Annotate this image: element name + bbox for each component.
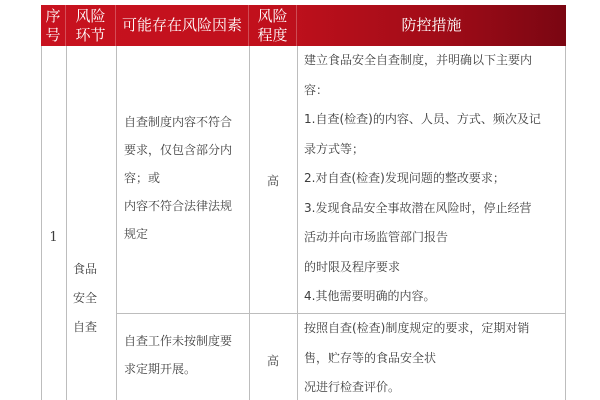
table-row-2-risk-factor: 自查工作未按制度要 求定期开展。 <box>116 327 249 383</box>
header-measures: 防控措施 <box>297 5 566 46</box>
table-row-2-measures: 按照自查(检查)制度规定的要求，定期对销 售，贮存等的食品安全状 况进行检查评价… <box>297 314 566 400</box>
header-risk-factor: 可能存在风险因素 <box>116 5 249 46</box>
table-row-1-risk-factor: 自查制度内容不符合 要求，仅包含部分内 容；或 内容不符合法律法规 规定 <box>116 108 249 248</box>
table-row-1-measures: 建立食品安全自查制度，并明确以下主要内 容： 1.自查(检查)的内容、人员、方式… <box>297 46 566 312</box>
header-risk-level: 风险程度 <box>249 5 297 46</box>
row-risk-step: 食品 安全 自查 <box>66 255 116 342</box>
table-row-2-risk-level: 高 <box>249 345 297 375</box>
table-header: 序号 风险环节 可能存在风险因素 风险程度 防控措施 <box>41 5 566 46</box>
table-row-1-risk-level: 高 <box>249 165 297 195</box>
header-risk-step: 风险环节 <box>66 5 116 46</box>
row-seq: 1 <box>41 46 66 400</box>
header-seq: 序号 <box>41 5 66 46</box>
column-divider <box>66 46 67 400</box>
